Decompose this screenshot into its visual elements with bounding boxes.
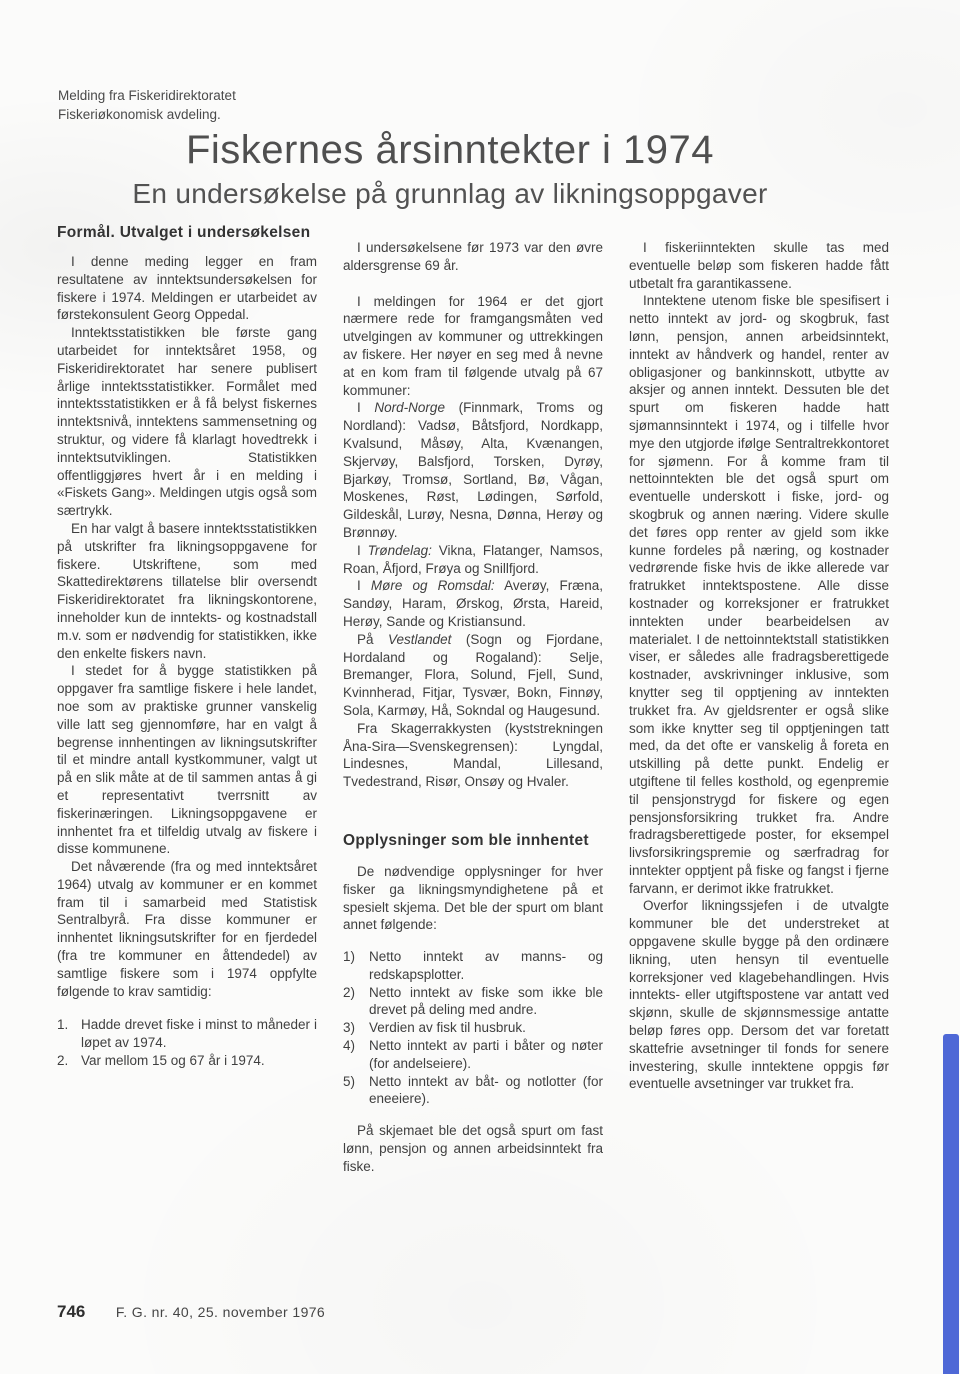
list-item-text: Netto inntekt av fiske som ikke ble drev…: [369, 984, 603, 1020]
region-name: Trøndelag:: [368, 543, 432, 558]
list-item-number: 3): [343, 1019, 369, 1037]
paragraph: I Trøndelag: Vikna, Flatanger, Namsos, R…: [343, 542, 603, 578]
issue-info: F. G. nr. 40, 25. november 1976: [116, 1304, 325, 1320]
col1-heading: Formål. Utvalget i undersøkelsen: [57, 222, 317, 243]
region-prefix: På: [357, 632, 388, 647]
page-title: Fiskernes årsinntekter i 1974: [0, 128, 900, 173]
column-1: Formål. Utvalget i undersøkelsen I denne…: [57, 222, 317, 1176]
article-columns: Formål. Utvalget i undersøkelsen I denne…: [57, 222, 890, 1176]
paragraph: I Nord-Norge (Finnmark, Troms og Nordlan…: [343, 399, 603, 541]
questions-list: 1) Netto inntekt av manns- og redskapspl…: [343, 948, 603, 1108]
paragraph: I fiskeriinntekten skulle tas med eventu…: [629, 239, 889, 292]
paragraph: I stedet for å bygge statistikken på opp…: [57, 662, 317, 858]
paragraph: Fra Skagerrakkysten (kyststrekningen Åna…: [343, 720, 603, 791]
column-2: I undersøkelsene før 1973 var den øvre a…: [343, 222, 603, 1176]
list-item-text: Verdien av fisk til husbruk.: [369, 1019, 603, 1037]
paragraph: I undersøkelsene før 1973 var den øvre a…: [343, 239, 603, 275]
list-item-text: Netto inntekt av parti i båter og nøter …: [369, 1037, 603, 1073]
paragraph: De nødvendige opplysninger for hver fisk…: [343, 863, 603, 934]
list-item: 1) Netto inntekt av manns- og redskapspl…: [343, 948, 603, 984]
section-heading: Opplysninger som ble innhentet: [343, 831, 603, 851]
list-item: 4) Netto inntekt av parti i båter og nøt…: [343, 1037, 603, 1073]
region-name: Møre og Romsdal:: [371, 578, 495, 593]
list-item-text: Var mellom 15 og 67 år i 1974.: [81, 1052, 317, 1070]
paragraph: På skjemaet ble det også spurt om fast l…: [343, 1122, 603, 1175]
list-item: 1. Hadde drevet fiske i minst to måneder…: [57, 1016, 317, 1052]
paragraph: På Vestlandet (Sogn og Fjordane, Hordala…: [343, 631, 603, 720]
list-item-number: 1): [343, 948, 369, 984]
list-item-text: Netto inntekt av båt- og notlotter (for …: [369, 1073, 603, 1109]
paragraph: Overfor likningssjefen i de utvalgte kom…: [629, 897, 889, 1093]
list-item: 3) Verdien av fisk til husbruk.: [343, 1019, 603, 1037]
region-prefix: I: [357, 543, 368, 558]
list-item: 5) Netto inntekt av båt- og notlotter (f…: [343, 1073, 603, 1109]
region-prefix: I: [357, 578, 371, 593]
imprint-line-2: Fiskeriøkonomisk avdeling.: [58, 105, 236, 124]
page-number: 746: [57, 1302, 85, 1321]
list-item-text: Netto inntekt av manns- og redskapsplott…: [369, 948, 603, 984]
paragraph: I denne meding legger en fram resultaten…: [57, 253, 317, 324]
region-prefix: I: [357, 400, 374, 415]
list-item: 2) Netto inntekt av fiske som ikke ble d…: [343, 984, 603, 1020]
region-municipalities: (Finnmark, Troms og Nordland): Vadsø, Bå…: [343, 400, 603, 540]
list-item-text: Hadde drevet fiske i minst to måneder i …: [81, 1016, 317, 1052]
paragraph: I Møre og Romsdal: Averøy, Fræna, Sandøy…: [343, 577, 603, 630]
region-name: Vestlandet: [388, 632, 451, 647]
list-item-number: 1.: [57, 1016, 81, 1052]
paragraph: I meldingen for 1964 er det gjort nærmer…: [343, 293, 603, 400]
imprint: Melding fra Fiskeridirektoratet Fiskeriø…: [58, 86, 236, 124]
list-item-number: 4): [343, 1037, 369, 1073]
paragraph: Det nåværende (fra og med inntektsåret 1…: [57, 858, 317, 1000]
page-subtitle: En undersøkelse på grunnlag av likningso…: [0, 178, 900, 210]
document-page: Melding fra Fiskeridirektoratet Fiskeriø…: [0, 0, 960, 1374]
criteria-list: 1. Hadde drevet fiske i minst to måneder…: [57, 1016, 317, 1069]
paragraph: Inntektsstatistikken ble første gang uta…: [57, 324, 317, 520]
accent-bar: [943, 1034, 959, 1374]
imprint-line-1: Melding fra Fiskeridirektoratet: [58, 86, 236, 105]
footer: 746 F. G. nr. 40, 25. november 1976: [57, 1302, 325, 1322]
paragraph: Inntektene utenom fiske ble spesifisert …: [629, 292, 889, 897]
list-item-number: 2.: [57, 1052, 81, 1070]
paragraph: En har valgt å basere inntektsstatistikk…: [57, 520, 317, 662]
column-3: I fiskeriinntekten skulle tas med eventu…: [629, 222, 889, 1176]
list-item: 2. Var mellom 15 og 67 år i 1974.: [57, 1052, 317, 1070]
region-name: Nord-Norge: [374, 400, 445, 415]
list-item-number: 2): [343, 984, 369, 1020]
list-item-number: 5): [343, 1073, 369, 1109]
